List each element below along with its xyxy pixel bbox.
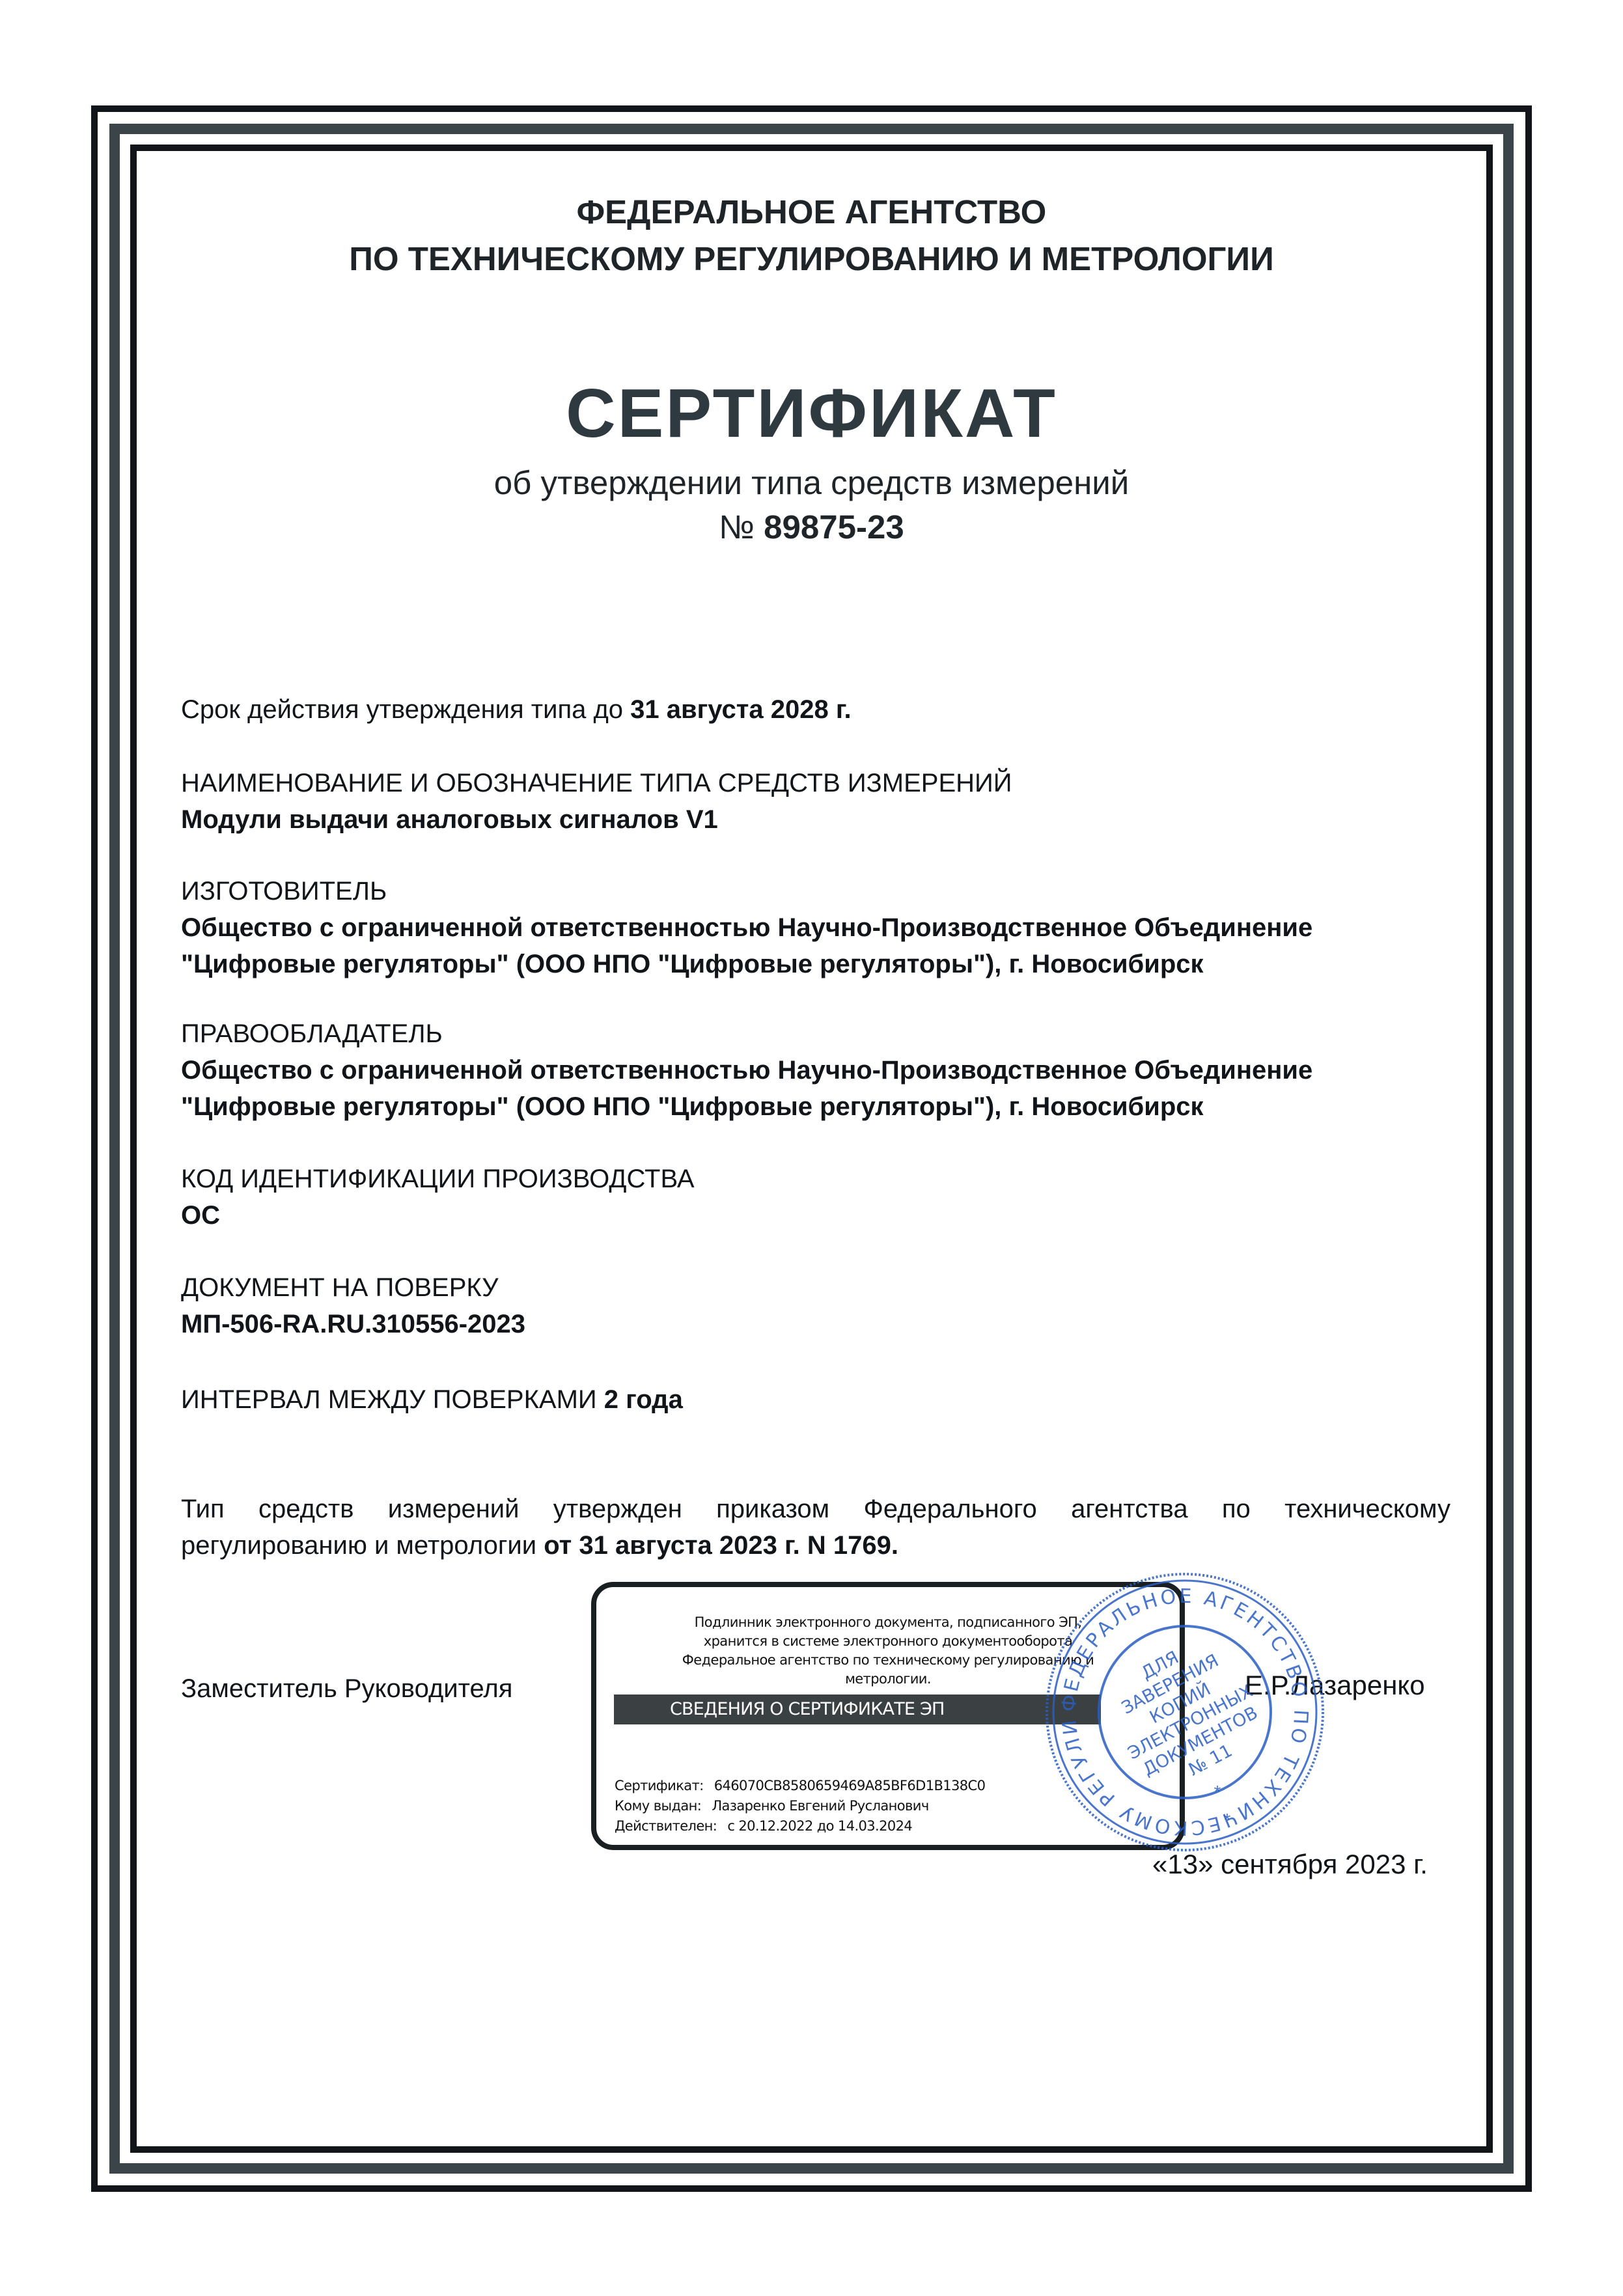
section-verification-doc: ДОКУМЕНТ НА ПОВЕРКУ МП-506-RA.RU.310556-… [181, 1269, 1450, 1342]
signer-name: Е.Р.Лазаренко [1245, 1670, 1425, 1701]
approval-order-paragraph: Тип средств измерений утвержден приказом… [181, 1491, 1450, 1564]
manufacturer-line-2: "Цифровые регуляторы" (ООО НПО "Цифровые… [181, 946, 1450, 982]
number-value: 89875-23 [764, 508, 904, 546]
verification-doc-label: ДОКУМЕНТ НА ПОВЕРКУ [181, 1269, 1450, 1306]
instrument-value: Модули выдачи аналоговых сигналов V1 [181, 801, 1450, 838]
validity-date: 31 августа 2028 г. [630, 695, 851, 724]
ep-row-key: Кому выдан: [615, 1798, 701, 1814]
ep-row-valid: Действителен: с 20.12.2022 до 14.03.2024 [615, 1816, 985, 1836]
production-code-label: КОД ИДЕНТИФИКАЦИИ ПРОИЗВОДСТВА [181, 1161, 1450, 1197]
manufacturer-line-1: Общество с ограниченной ответственностью… [181, 909, 1450, 946]
certificate-subtitle: об утверждении типа средств измерений [0, 463, 1623, 502]
agency-line-2: ПО ТЕХНИЧЕСКОМУ РЕГУЛИРОВАНИЮ И МЕТРОЛОГ… [0, 236, 1623, 283]
rights-holder-line-1: Общество с ограниченной ответственностью… [181, 1052, 1450, 1088]
ep-head-line-4: метрологии. [622, 1670, 1154, 1689]
ep-head-line-3: Федеральное агентство по техническому ре… [622, 1651, 1154, 1670]
ep-row-issued-to: Кому выдан: Лазаренко Евгений Русланович [615, 1796, 985, 1816]
certificate-number: № 89875-23 [0, 508, 1623, 546]
section-production-code: КОД ИДЕНТИФИКАЦИИ ПРОИЗВОДСТВА ОС [181, 1161, 1450, 1234]
section-instrument: НАИМЕНОВАНИЕ И ОБОЗНАЧЕНИЕ ТИПА СРЕДСТВ … [181, 765, 1450, 838]
ep-certificate-banner: СВЕДЕНИЯ О СЕРТИФИКАТЕ ЭП [614, 1694, 1101, 1724]
ep-stamp-header: Подлинник электронного документа, подпис… [622, 1613, 1154, 1689]
ep-row-value: Лазаренко Евгений Русланович [712, 1798, 928, 1814]
ep-row-value: 646070CB8580659469A85BF6D1B138C0 [714, 1778, 986, 1793]
section-manufacturer: ИЗГОТОВИТЕЛЬ Общество с ограниченной отв… [181, 873, 1450, 982]
ep-row-value: с 20.12.2022 до 14.03.2024 [727, 1818, 912, 1834]
ep-row-key: Действителен: [615, 1818, 717, 1834]
number-sign: № [719, 508, 755, 546]
rights-holder-label: ПРАВООБЛАДАТЕЛЬ [181, 1016, 1450, 1052]
validity-text: Срок действия утверждения типа до [181, 695, 623, 724]
interval-value: 2 года [604, 1385, 683, 1414]
ep-row-certificate: Сертификат: 646070CB8580659469A85BF6D1B1… [615, 1776, 985, 1796]
certificate-title: СЕРТИФИКАТ [0, 374, 1623, 453]
ep-head-line-1: Подлинник электронного документа, подпис… [622, 1613, 1154, 1632]
production-code-value: ОС [181, 1197, 1450, 1234]
order-line-1: Тип средств измерений утвержден приказом… [181, 1491, 1450, 1527]
ep-row-key: Сертификат: [615, 1778, 704, 1793]
order-reference: от 31 августа 2023 г. N 1769. [544, 1531, 898, 1560]
instrument-label: НАИМЕНОВАНИЕ И ОБОЗНАЧЕНИЕ ТИПА СРЕДСТВ … [181, 765, 1450, 801]
order-line-2-text: регулированию и метрологии [181, 1531, 536, 1560]
order-line-2: регулированию и метрологии от 31 августа… [181, 1527, 1450, 1564]
signer-position: Заместитель Руководителя [181, 1674, 512, 1704]
interval-label: ИНТЕРВАЛ МЕЖДУ ПОВЕРКАМИ [181, 1385, 597, 1414]
manufacturer-label: ИЗГОТОВИТЕЛЬ [181, 873, 1450, 909]
agency-name: ФЕДЕРАЛЬНОЕ АГЕНТСТВО ПО ТЕХНИЧЕСКОМУ РЕ… [0, 189, 1623, 283]
validity-line: Срок действия утверждения типа до 31 авг… [181, 691, 1450, 728]
section-rights-holder: ПРАВООБЛАДАТЕЛЬ Общество с ограниченной … [181, 1016, 1450, 1125]
ep-certificate-details: Сертификат: 646070CB8580659469A85BF6D1B1… [615, 1776, 985, 1836]
verification-doc-value: МП-506-RA.RU.310556-2023 [181, 1306, 1450, 1342]
ep-head-line-2: хранится в системе электронного документ… [622, 1632, 1154, 1651]
signature-date: «13» сентября 2023 г. [1152, 1849, 1428, 1880]
electronic-signature-stamp: Подлинник электронного документа, подпис… [591, 1582, 1185, 1850]
section-interval: ИНТЕРВАЛ МЕЖДУ ПОВЕРКАМИ 2 года [181, 1381, 1450, 1418]
agency-line-1: ФЕДЕРАЛЬНОЕ АГЕНТСТВО [0, 189, 1623, 236]
rights-holder-line-2: "Цифровые регуляторы" (ООО НПО "Цифровые… [181, 1088, 1450, 1125]
